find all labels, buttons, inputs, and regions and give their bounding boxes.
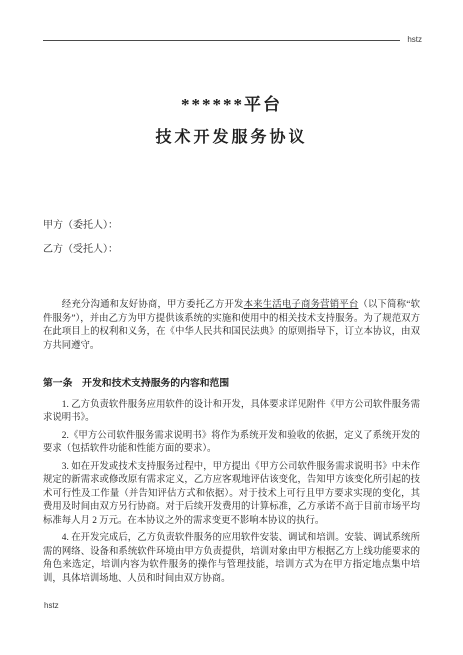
contract-document-page: hstz ******平台 技术开发服务协议 甲方（委托人）： 乙方（受托人）：… [0, 0, 463, 655]
intro-paragraph: 经充分沟通和友好协商，甲方委托乙方开发本来生活电子商务营销平台（以下简称“软件服… [43, 299, 420, 353]
clause-4: 4. 在开发完成后，乙方负责软件服务的应用软件安装、调试和培训。安装、调试系统所… [43, 532, 420, 586]
document-title: ******平台 [43, 94, 420, 116]
parties-block: 甲方（委托人）： 乙方（受托人）： [43, 220, 420, 256]
clause-1: 1. 乙方负责软件服务应用软件的设计和开发，具体要求详见附件《甲方公司软件服务需… [43, 399, 420, 426]
clause-2: 2.《甲方公司软件服务需求说明书》将作为系统开发和验收的依据，定义了系统开发的要… [43, 430, 420, 457]
footer-watermark: hstz [44, 601, 59, 610]
page-header: hstz [0, 0, 463, 41]
intro-text-pre: 经充分沟通和友好协商，甲方委托乙方开发 [62, 300, 244, 310]
party-a-line: 甲方（委托人）： [43, 220, 420, 232]
clause-3: 3. 如在开发或技术支持服务过程中，甲方提出《甲方公司软件服务需求说明书》中未作… [43, 461, 420, 529]
document-body: ******平台 技术开发服务协议 甲方（委托人）： 乙方（受托人）： 经充分沟… [43, 41, 420, 586]
party-b-line: 乙方（受托人）： [43, 244, 420, 256]
intro-platform-name-underlined: 本来生活电子商务营销平台 [244, 300, 359, 310]
section-1-heading: 第一条 开发和技术支持服务的内容和范围 [43, 377, 420, 391]
document-subtitle: 技术开发服务协议 [43, 127, 420, 148]
